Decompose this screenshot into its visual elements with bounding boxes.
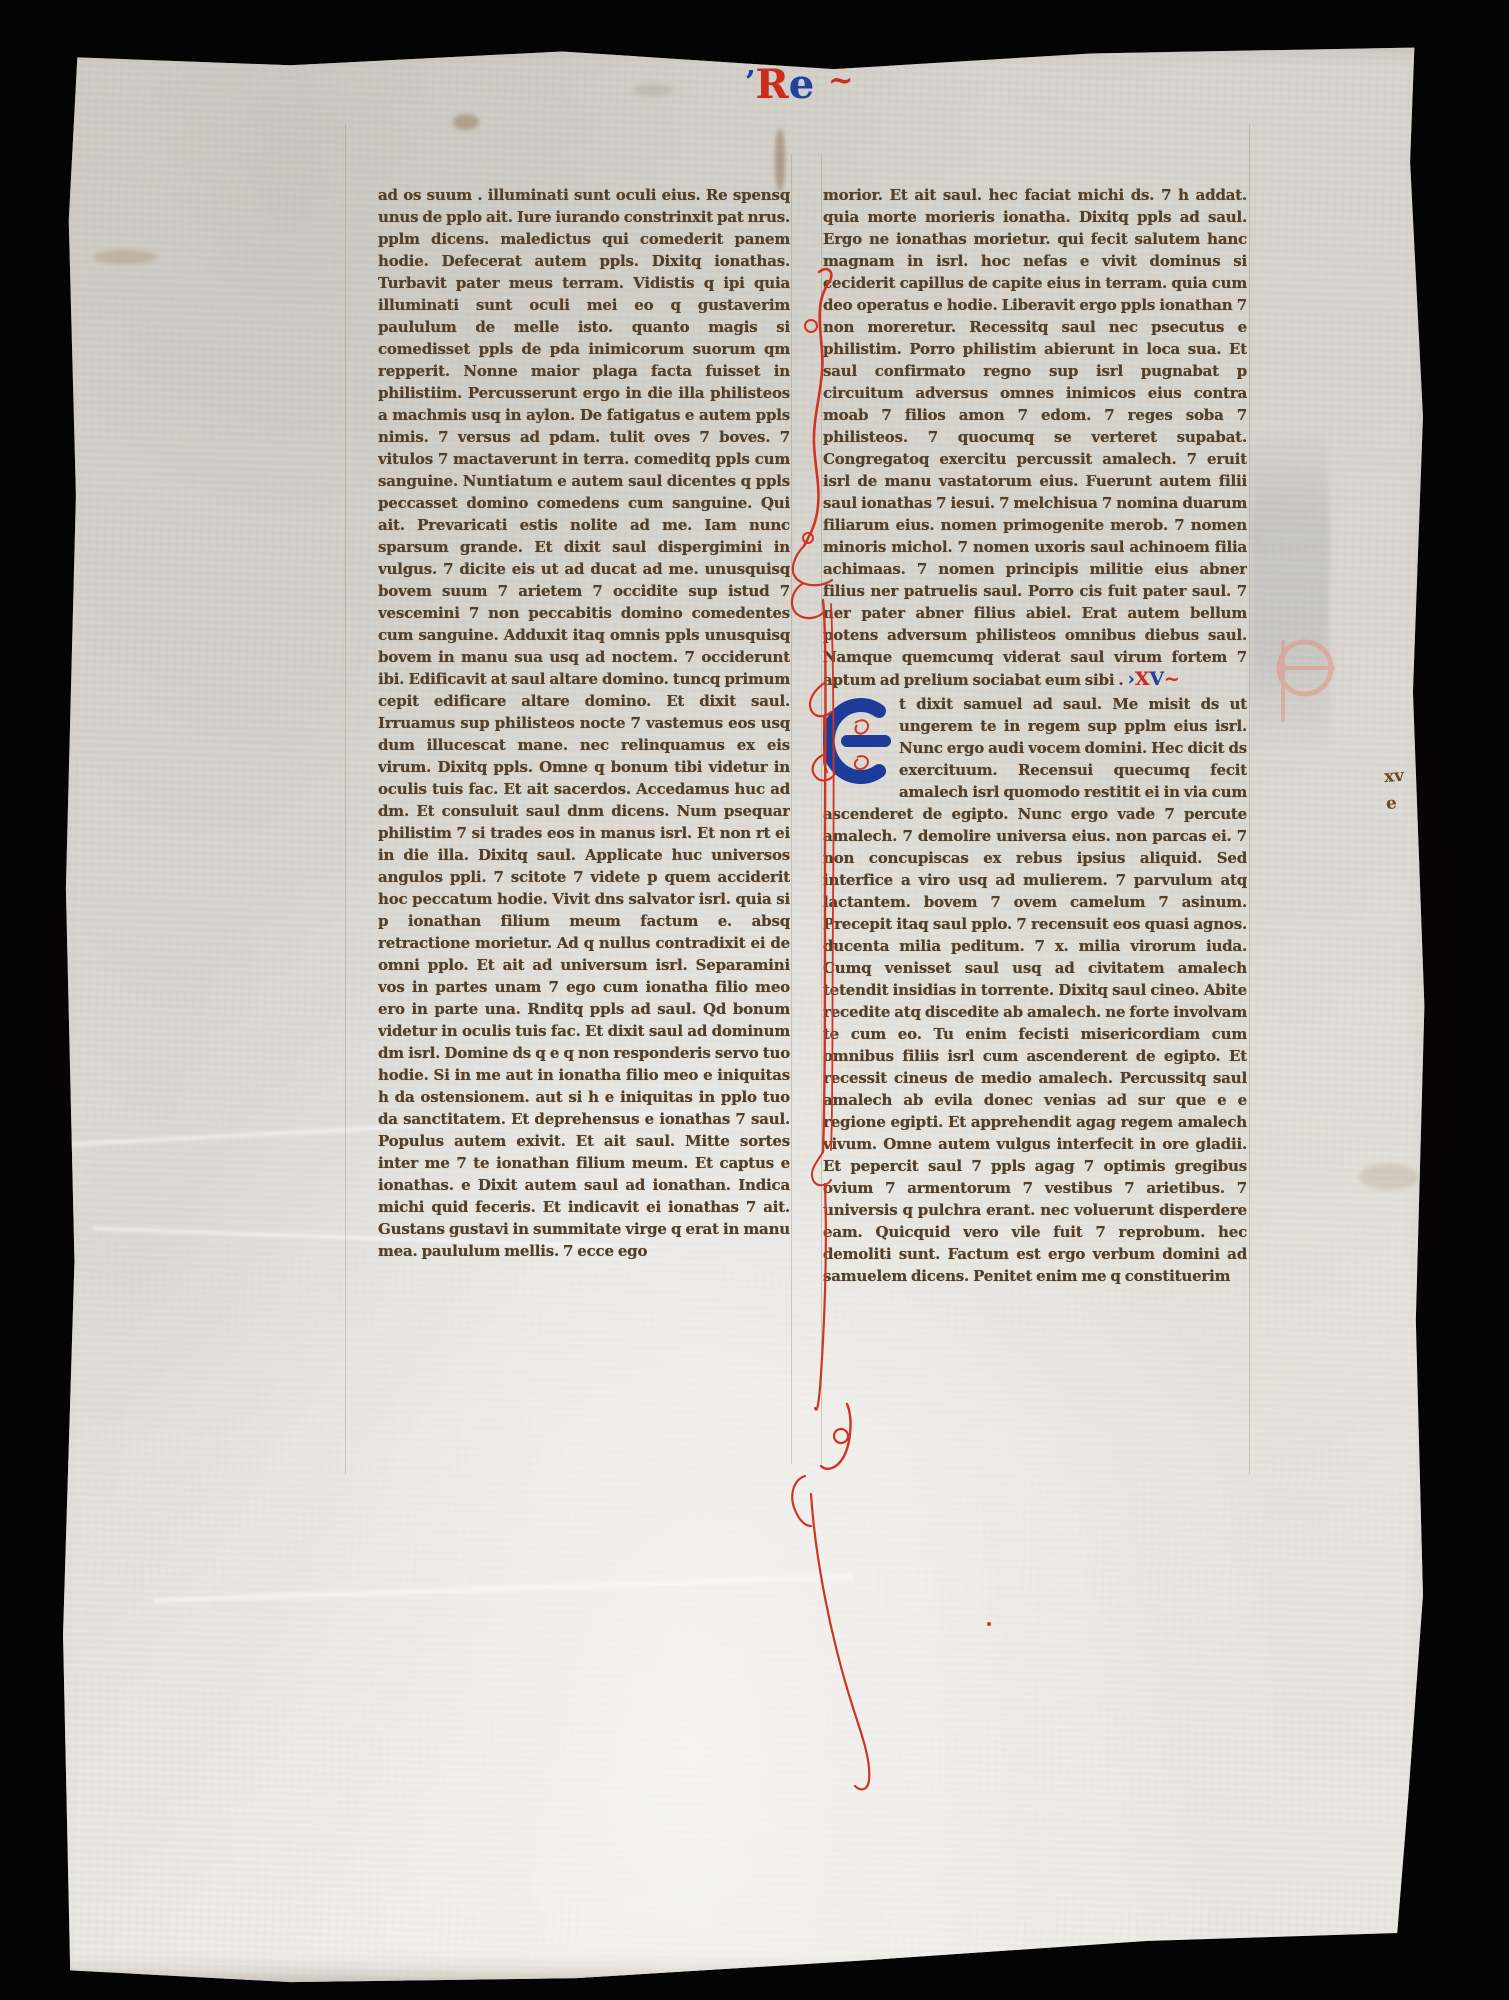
margin-note-xv: xv: [1383, 760, 1445, 791]
ink-stain: [775, 128, 785, 192]
text-column-left: ad os suum . illuminati sunt oculi eius.…: [378, 184, 790, 1446]
chapter-numeral-x: X: [1135, 668, 1150, 690]
manuscript-leaf: ’Re ~ ad os suum . illuminati sunt oculi…: [33, 24, 1463, 1988]
running-title-comma: ’: [745, 65, 755, 100]
showthrough-initial: [1275, 632, 1341, 724]
running-title-flourish: ~: [828, 63, 853, 98]
ruling-line: [1249, 124, 1250, 1474]
margin-note-e: e: [1385, 787, 1447, 818]
running-title-letter-r: R: [755, 61, 788, 108]
col1-body: ad os suum . illuminati sunt oculi eius.…: [378, 186, 790, 1260]
ruling-line: [821, 154, 822, 1464]
chapter-15-block: t dixit samuel ad saul. Me misit ds ut u…: [823, 693, 1247, 1287]
chapter-marker-paraph: ›: [1127, 668, 1134, 690]
photo-background: ’Re ~ ad os suum . illuminati sunt oculi…: [0, 0, 1509, 2000]
ink-stain: [1359, 1164, 1419, 1190]
ink-stain: [633, 84, 673, 96]
chapter-marker-tail: ~: [1164, 668, 1180, 690]
deckled-right-edge: [1429, 24, 1463, 1988]
ruling-line: [345, 124, 346, 1474]
parchment-crease: [153, 1572, 853, 1605]
illuminated-initial-e: [823, 695, 891, 789]
running-title-letter-e: e: [789, 61, 814, 108]
chapter-xv-marker: ›XV~: [1127, 668, 1179, 690]
red-ink-speck: [987, 1622, 991, 1626]
col2-ch14-body: morior. Et ait saul. hec faciat michi ds…: [823, 186, 1247, 689]
ink-stain: [93, 250, 157, 264]
chapter-numeral-v: V: [1149, 668, 1164, 690]
margin-chapter-note: xv e: [1383, 760, 1447, 818]
ink-stain: [453, 114, 479, 130]
ruling-line: [791, 154, 792, 1464]
text-column-right: morior. Et ait saul. hec faciat michi ds…: [823, 184, 1247, 1456]
running-title: ’Re ~: [745, 50, 965, 112]
